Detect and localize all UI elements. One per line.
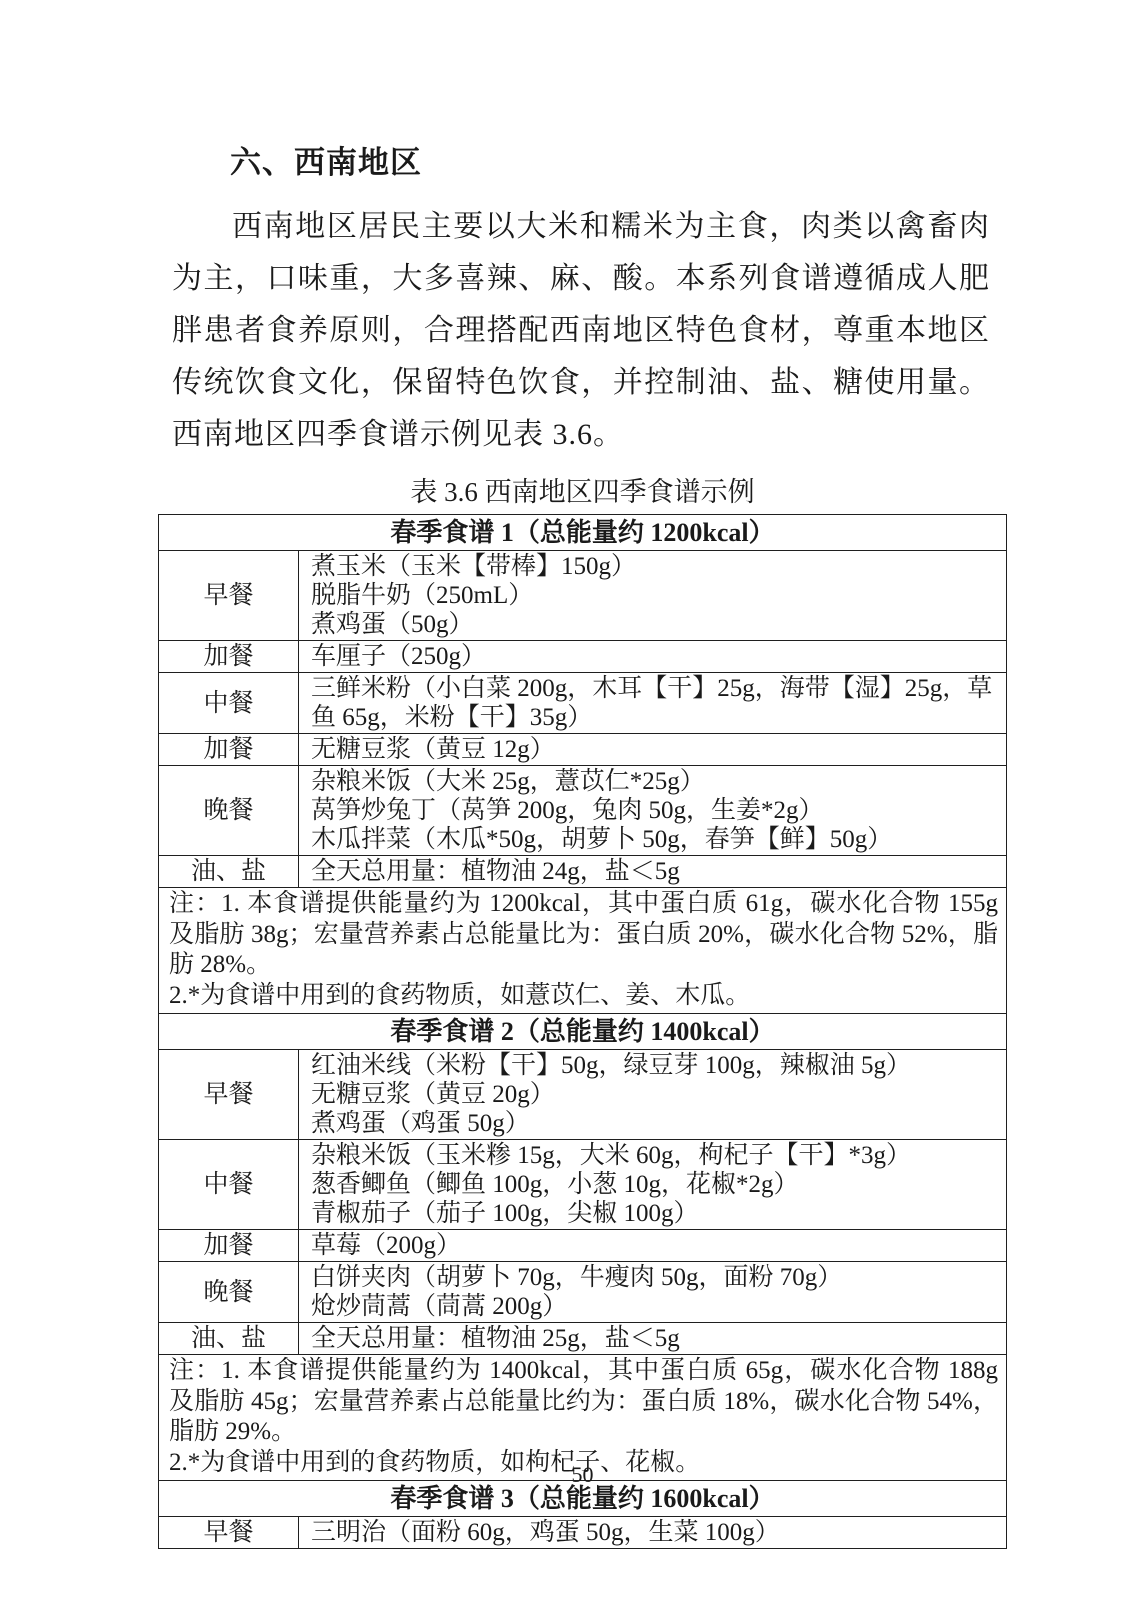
recipe-note: 注：1. 本食谱提供能量约为 1200kcal，其中蛋白质 61g，碳水化合物 … (159, 888, 1007, 1014)
intro-paragraph: 西南地区居民主要以大米和糯米为主食，肉类以禽畜肉为主，口味重，大多喜辣、麻、酸。… (172, 201, 990, 461)
meal-label: 晚餐 (159, 766, 299, 856)
meal-label: 加餐 (159, 641, 299, 673)
meal-label: 中餐 (159, 1140, 299, 1230)
table-row: 油、盐 全天总用量：植物油 24g，盐＜5g (159, 856, 1007, 888)
meal-label: 早餐 (159, 1517, 299, 1549)
meal-label: 中餐 (159, 673, 299, 734)
meal-items: 全天总用量：植物油 25g，盐＜5g (299, 1323, 1007, 1355)
meal-items: 三鲜米粉（小白菜 200g，木耳【干】25g，海带【湿】25g，草鱼 65g，米… (299, 673, 1007, 734)
meal-label: 油、盐 (159, 1323, 299, 1355)
table-row: 加餐 无糖豆浆（黄豆 12g） (159, 734, 1007, 766)
table-row: 加餐 车厘子（250g） (159, 641, 1007, 673)
table-row: 中餐 三鲜米粉（小白菜 200g，木耳【干】25g，海带【湿】25g，草鱼 65… (159, 673, 1007, 734)
recipe-note-row: 注：1. 本食谱提供能量约为 1200kcal，其中蛋白质 61g，碳水化合物 … (159, 888, 1007, 1014)
table-row: 早餐 红油米线（米粉【干】50g，绿豆芽 100g，辣椒油 5g） 无糖豆浆（黄… (159, 1050, 1007, 1140)
table-row: 油、盐 全天总用量：植物油 25g，盐＜5g (159, 1323, 1007, 1355)
meal-items: 全天总用量：植物油 24g，盐＜5g (299, 856, 1007, 888)
meal-label: 加餐 (159, 1230, 299, 1262)
meal-label: 晚餐 (159, 1262, 299, 1323)
meal-items: 红油米线（米粉【干】50g，绿豆芽 100g，辣椒油 5g） 无糖豆浆（黄豆 2… (299, 1050, 1007, 1140)
meal-label: 油、盐 (159, 856, 299, 888)
meal-items: 杂粮米饭（玉米糁 15g，大米 60g，枸杞子【干】*3g） 葱香鲫鱼（鲫鱼 1… (299, 1140, 1007, 1230)
meal-items: 杂粮米饭（大米 25g，薏苡仁*25g） 莴笋炒兔丁（莴笋 200g，兔肉 50… (299, 766, 1007, 856)
table-row: 中餐 杂粮米饭（玉米糁 15g，大米 60g，枸杞子【干】*3g） 葱香鲫鱼（鲫… (159, 1140, 1007, 1230)
meal-items: 草莓（200g） (299, 1230, 1007, 1262)
meal-items: 三明治（面粉 60g，鸡蛋 50g，生菜 100g） (299, 1517, 1007, 1549)
meal-items: 无糖豆浆（黄豆 12g） (299, 734, 1007, 766)
meal-items: 煮玉米（玉米【带棒】150g） 脱脂牛奶（250mL） 煮鸡蛋（50g） (299, 551, 1007, 641)
recipe-section-title: 春季食谱 1（总能量约 1200kcal） (159, 515, 1007, 551)
meal-items: 车厘子（250g） (299, 641, 1007, 673)
table-row: 早餐 煮玉米（玉米【带棒】150g） 脱脂牛奶（250mL） 煮鸡蛋（50g） (159, 551, 1007, 641)
table-caption: 表 3.6 西南地区四季食谱示例 (158, 475, 1007, 509)
meal-label: 早餐 (159, 1050, 299, 1140)
meal-label: 早餐 (159, 551, 299, 641)
table-row: 加餐 草莓（200g） (159, 1230, 1007, 1262)
meal-label: 加餐 (159, 734, 299, 766)
recipe-section-header: 春季食谱 2（总能量约 1400kcal） (159, 1014, 1007, 1050)
page-number: 50 (158, 1462, 1007, 1488)
table-row: 早餐 三明治（面粉 60g，鸡蛋 50g，生菜 100g） (159, 1517, 1007, 1549)
recipe-table: 春季食谱 1（总能量约 1200kcal） 早餐 煮玉米（玉米【带棒】150g）… (158, 514, 1007, 1549)
meal-items: 白饼夹肉（胡萝卜 70g，牛瘦肉 50g，面粉 70g） 炝炒茼蒿（茼蒿 200… (299, 1262, 1007, 1323)
recipe-section-header: 春季食谱 1（总能量约 1200kcal） (159, 515, 1007, 551)
table-row: 晚餐 白饼夹肉（胡萝卜 70g，牛瘦肉 50g，面粉 70g） 炝炒茼蒿（茼蒿 … (159, 1262, 1007, 1323)
table-row: 晚餐 杂粮米饭（大米 25g，薏苡仁*25g） 莴笋炒兔丁（莴笋 200g，兔肉… (159, 766, 1007, 856)
recipe-section-title: 春季食谱 2（总能量约 1400kcal） (159, 1014, 1007, 1050)
section-heading: 六、西南地区 (172, 143, 1131, 183)
document-page: 六、西南地区 西南地区居民主要以大米和糯米为主食，肉类以禽畜肉为主，口味重，大多… (0, 0, 1131, 1600)
